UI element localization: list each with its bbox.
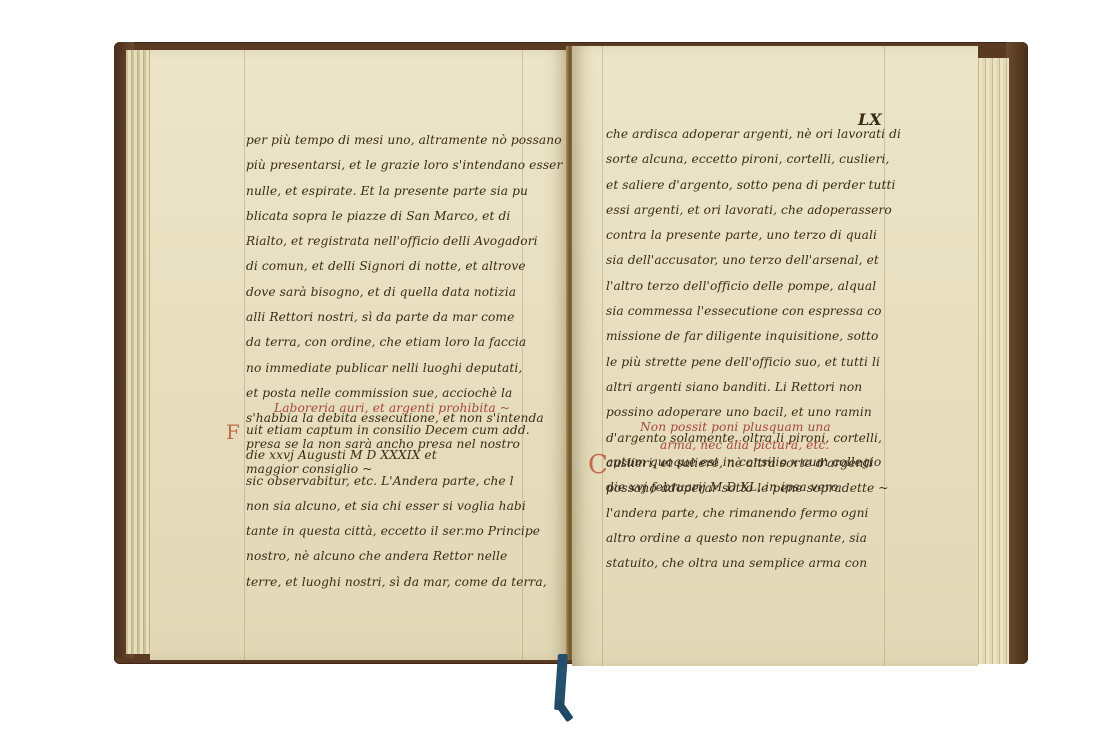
rubric-heading: Non possit poni plusquam una arma, nec a…: [640, 418, 831, 454]
open-manuscript-book: per più tempo di mesi uno, altramente nò…: [0, 0, 1100, 733]
right-page: LX che ardisca adoperar argenti, nè ori …: [572, 46, 978, 666]
manuscript-line: contra la presente parte, uno terzo di q…: [606, 223, 901, 248]
manuscript-line: l'altro terzo dell'officio delle pompe, …: [606, 274, 901, 299]
initial-letter-c: C: [588, 450, 608, 480]
manuscript-line: sia commessa l'essecutione con espressa …: [606, 299, 901, 324]
manuscript-line: statuito, che oltra una semplice arma co…: [606, 551, 881, 576]
rubric-line: Non possit poni plusquam una: [640, 418, 831, 436]
right-page-text-bottom: aptum quoque est in consilio x cum colle…: [606, 450, 881, 576]
manuscript-line: altro ordine a questo non repugnante, si…: [606, 526, 881, 551]
bookmark-ribbon-tail: [554, 700, 573, 723]
manuscript-line: terre, et luoghi nostri, sì da mar, come…: [246, 570, 547, 595]
manuscript-line: da terra, con ordine, che etiam loro la …: [246, 330, 562, 355]
manuscript-line: blicata sopra le piazze di San Marco, et…: [246, 204, 562, 229]
manuscript-line: Rialto, et registrata nell'officio delli…: [246, 229, 562, 254]
manuscript-line: die xvj februarij M D XL, in ipsa vero: [606, 475, 881, 500]
manuscript-line: alli Rettori nostri, sì da parte da mar …: [246, 305, 562, 330]
manuscript-line: sia dell'accusator, uno terzo dell'arsen…: [606, 248, 901, 273]
page-stack-right: [975, 58, 1009, 664]
manuscript-line: nulle, et espirate. Et la presente parte…: [246, 179, 562, 204]
manuscript-line: essi argenti, et ori lavorati, che adope…: [606, 198, 901, 223]
manuscript-line: dove sarà bisogno, et di quella data not…: [246, 280, 562, 305]
manuscript-line: uit etiam captum in consilio Decem cum a…: [246, 418, 547, 443]
left-page: per più tempo di mesi uno, altramente nò…: [150, 50, 568, 660]
manuscript-line: le più strette pene dell'officio suo, et…: [606, 350, 901, 375]
manuscript-line: di comun, et delli Signori di notte, et …: [246, 254, 562, 279]
cover-edge-right: [1006, 42, 1028, 664]
manuscript-line: sorte alcuna, eccetto pironi, cortelli, …: [606, 147, 901, 172]
manuscript-line: che ardisca adoperar argenti, nè ori lav…: [606, 122, 901, 147]
manuscript-line: die xxvj Augusti M D XXXIX et: [246, 443, 547, 468]
manuscript-line: tante in questa città, eccetto il ser.mo…: [246, 519, 547, 544]
manuscript-line: missione de far diligente inquisitione, …: [606, 324, 901, 349]
manuscript-line: no immediate publicar nelli luoghi deput…: [246, 356, 562, 381]
manuscript-line: et saliere d'argento, sotto pena di perd…: [606, 173, 901, 198]
manuscript-line: aptum quoque est in consilio x cum colle…: [606, 450, 881, 475]
manuscript-line: per più tempo di mesi uno, altramente nò…: [246, 128, 562, 153]
manuscript-line: sic observabitur, etc. L'Andera parte, c…: [246, 469, 547, 494]
manuscript-line: nostro, nè alcuno che andera Rettor nell…: [246, 544, 547, 569]
left-page-text-bottom: uit etiam captum in consilio Decem cum a…: [246, 418, 547, 595]
manuscript-line: altri argenti siano banditi. Li Rettori …: [606, 375, 901, 400]
manuscript-line: l'andera parte, che rimanendo fermo ogni: [606, 501, 881, 526]
manuscript-line: più presentarsi, et le grazie loro s'int…: [246, 153, 562, 178]
manuscript-line: non sia alcuno, et sia chi esser si vogl…: [246, 494, 547, 519]
initial-letter-f: F: [226, 420, 240, 444]
